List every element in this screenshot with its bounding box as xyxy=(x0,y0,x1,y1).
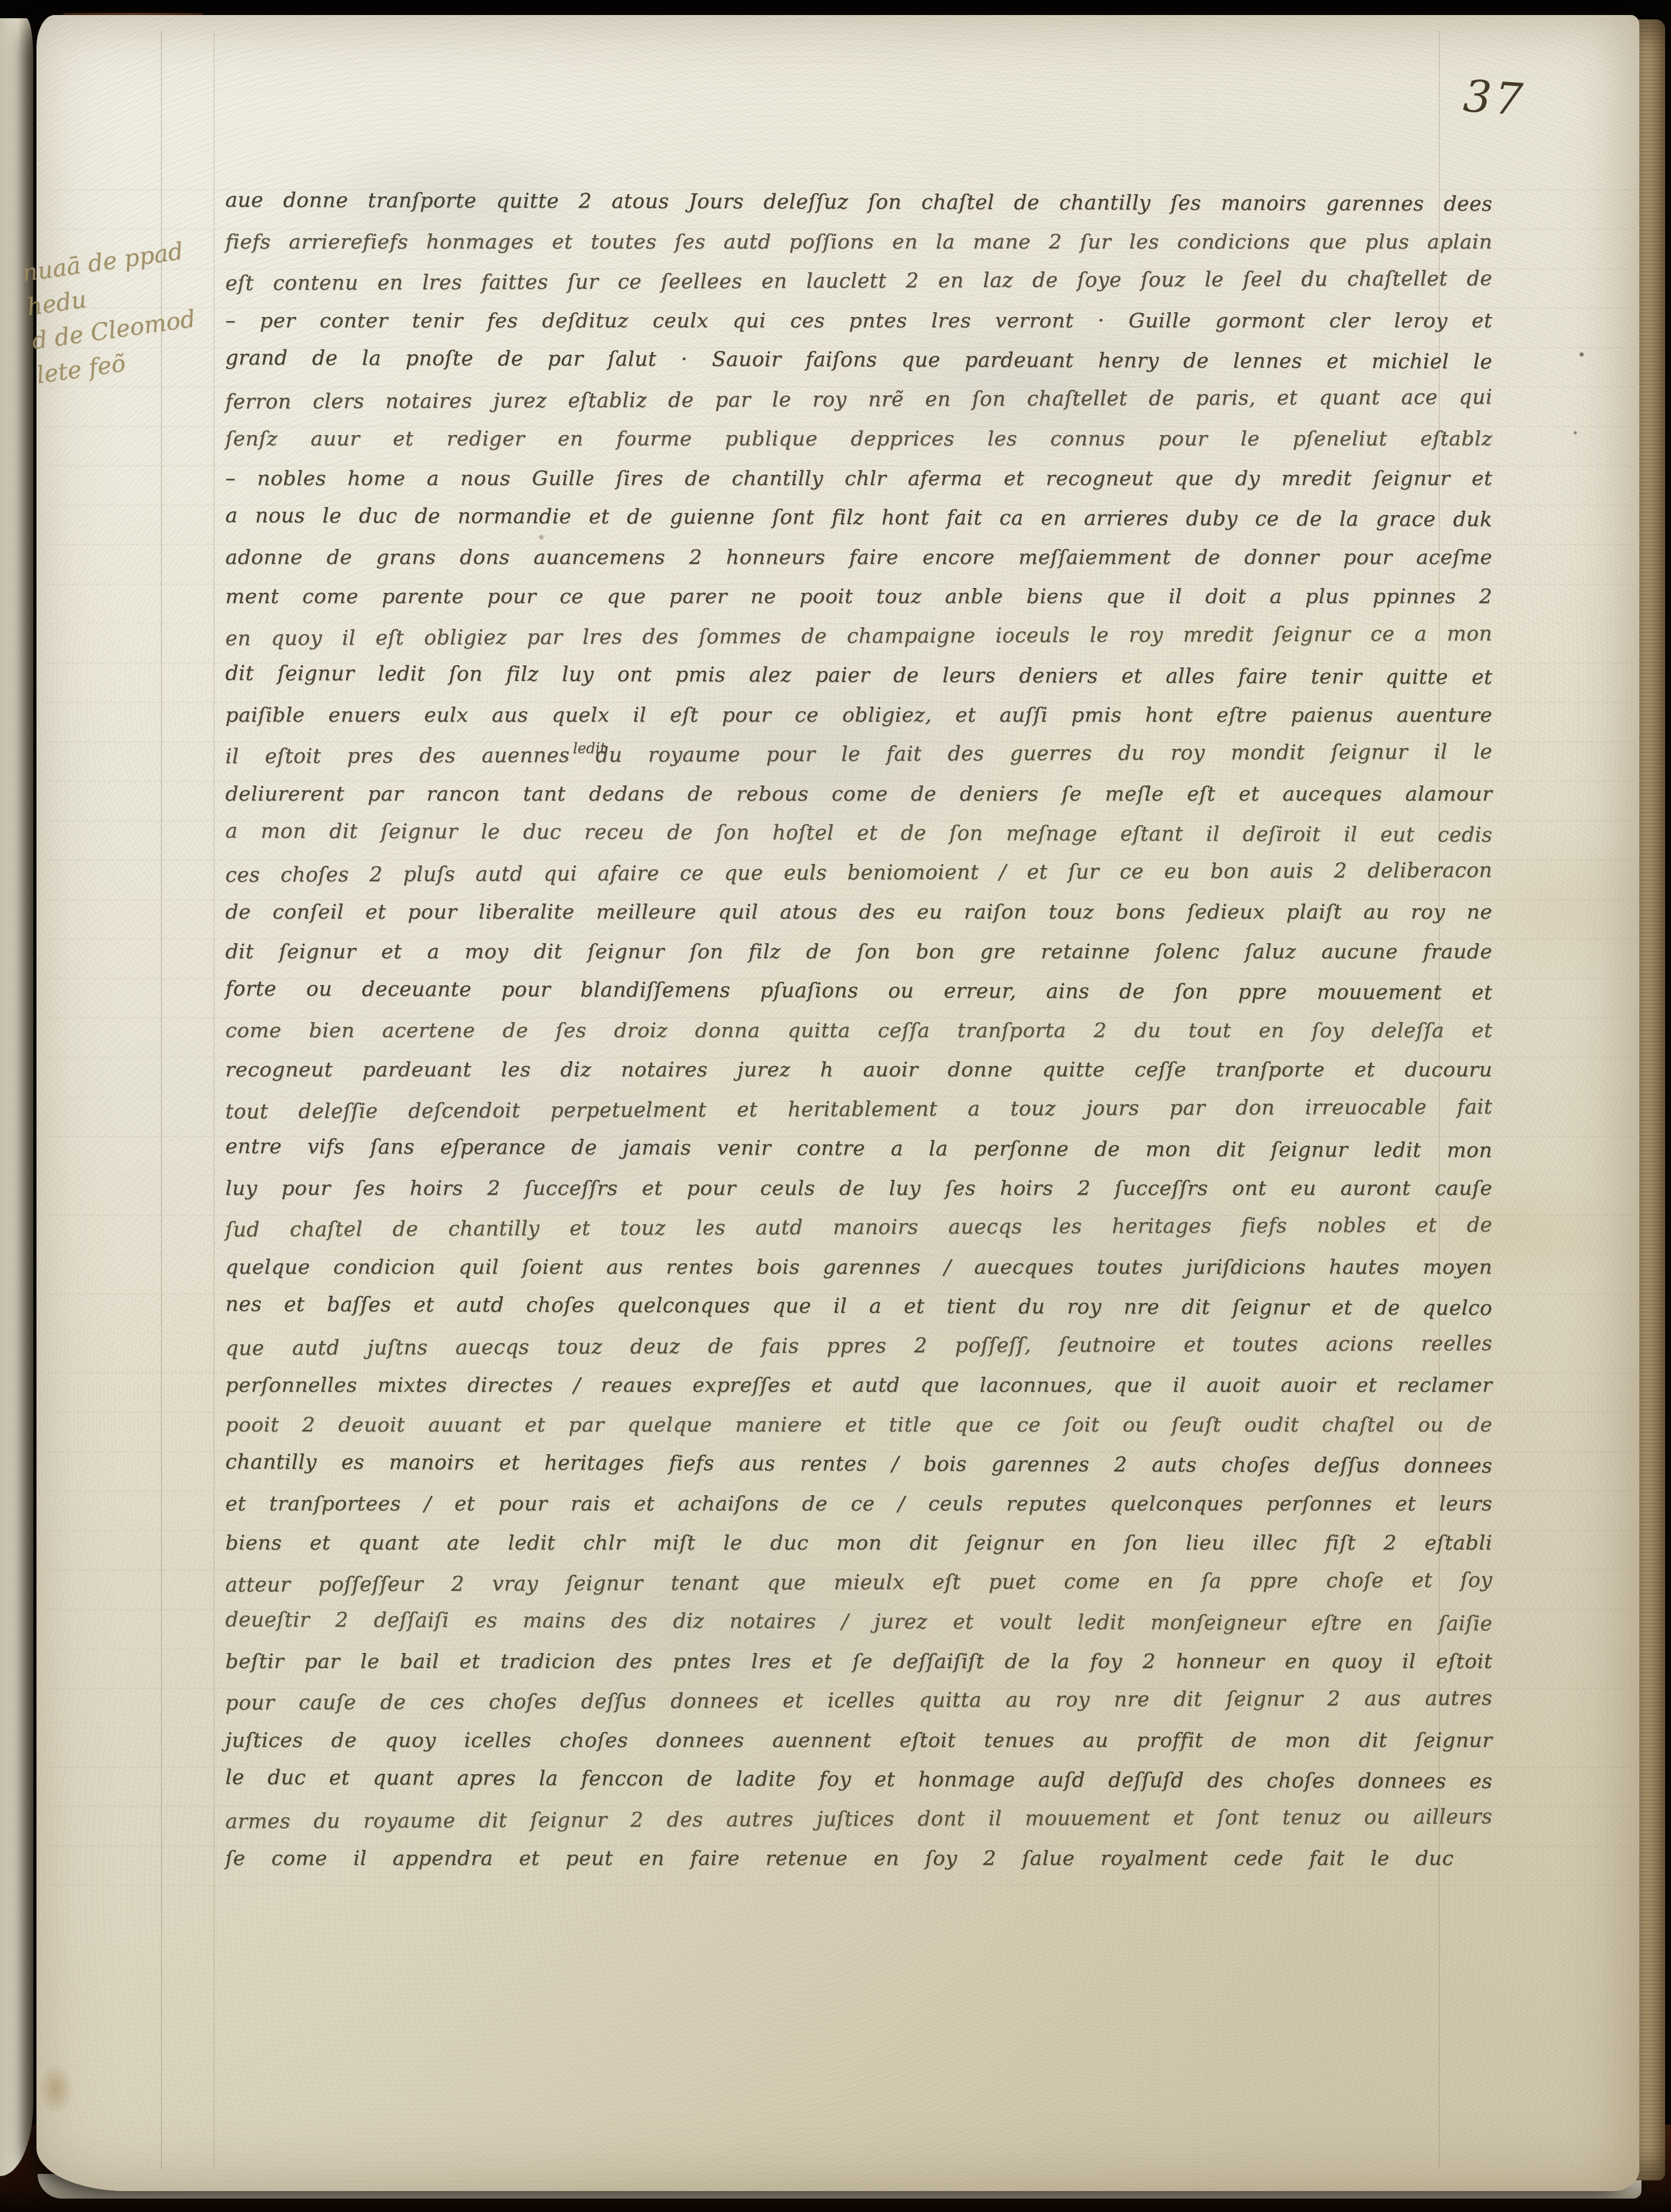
manuscript-text-line: atteur poſſeſſeur 2 vray ſeignur tenant … xyxy=(225,1560,1492,1605)
manuscript-text-line: deliurerent par rancon tant dedans de re… xyxy=(225,774,1492,814)
manuscript-text-line: come bien acertene de ſes droiz donna qu… xyxy=(225,1011,1492,1050)
manuscript-text-line: luy pour ſes hoirs 2 ſucceſſrs et pour c… xyxy=(225,1169,1492,1208)
manuscript-text-line: recogneut pardeuant les diz notaires jur… xyxy=(225,1050,1492,1090)
manuscript-text-line: ferron clers notaires jurez eſtabliz de … xyxy=(225,377,1492,422)
manuscript-text-line: il eſtoit pres des auennes du royaume po… xyxy=(225,732,1492,776)
manuscript-text-block: aue donne tranſporte quitte 2 atous Jour… xyxy=(225,182,1492,1878)
manuscript-text-line: ſe come il appendra et peut en faire ret… xyxy=(225,1839,1454,1878)
manuscript-text-line: eſt contenu en lres faittes ſur ce ſeell… xyxy=(225,259,1492,303)
manuscript-text-line: deueſtir 2 deſſaiſi es mains des diz not… xyxy=(225,1600,1492,1643)
manuscript-text-line: pooit 2 deuoit auuant et par quelque man… xyxy=(225,1405,1492,1445)
manuscript-text-line: adonne de grans dons auancemens 2 honneu… xyxy=(225,538,1492,577)
page-stack-fore-edge xyxy=(1635,19,1665,2180)
left-margin-ruling-inner xyxy=(214,31,215,2169)
manuscript-text-line: entre vifs ſans eſperance de jamais veni… xyxy=(225,1127,1492,1170)
manuscript-text-line: grand de la pnoſte de par ſalut · Sauoir… xyxy=(225,338,1492,381)
manuscript-text-line: ment come parente pour ce que parer ne p… xyxy=(225,577,1492,616)
manuscript-text-line: – nobles home a nous Guille ſires de cha… xyxy=(225,459,1492,498)
manuscript-text-line: dit ſeignur ledit ſon filz luy ont pmis … xyxy=(225,653,1492,697)
manuscript-text-line: perſonnelles mixtes directes / reaues ex… xyxy=(225,1365,1492,1405)
manuscript-text-line: juſtices de quoy icelles choſes donnees … xyxy=(225,1721,1492,1760)
margin-note: nuaā de ppad hedu d de Cleomod lete feõ xyxy=(20,234,204,393)
manuscript-text-line: le duc et quant apres la fenccon de ladi… xyxy=(225,1758,1492,1801)
manuscript-text-line: de conſeil et pour liberalite meilleure … xyxy=(225,892,1492,932)
manuscript-text-line: dit ſeignur et a moy dit ſeignur ſon fil… xyxy=(225,932,1492,972)
manuscript-page: 37 nuaā de ppad hedu d de Cleomod lete f… xyxy=(36,15,1639,2191)
manuscript-text-line: ſenſz auur et rediger en fourme publique… xyxy=(225,419,1492,459)
manuscript-text-line: tout deleſſie deſcendoit perpetuelment e… xyxy=(225,1087,1492,1131)
manuscript-text-line: aue donne tranſporte quitte 2 atous Jour… xyxy=(225,180,1492,224)
manuscript-text-line: nes et baſſes et autd choſes quelconques… xyxy=(225,1284,1492,1328)
manuscript-text-line: en quoy il eſt obligiez par lres des ſom… xyxy=(225,614,1492,658)
manuscript-text-line: fiefs arrierefiefs honmages et toutes ſe… xyxy=(225,222,1492,262)
adjacent-page-edge xyxy=(0,18,33,2176)
manuscript-text-line: a mon dit ſeignur le duc receu de ſon ho… xyxy=(225,811,1492,855)
manuscript-text-line: paiſible enuers eulx aus quelx il eſt po… xyxy=(225,695,1492,735)
manuscript-text-line: quelque condicion quil ſoient aus rentes… xyxy=(225,1247,1492,1287)
manuscript-text-line: forte ou deceuante pour blandiſſemens pſ… xyxy=(225,969,1492,1012)
manuscript-text-line: – per conter tenir fes deſdituz ceulx qu… xyxy=(225,301,1492,341)
folio-number: 37 xyxy=(1462,71,1562,128)
manuscript-text-line: armes du royaume dit ſeignur 2 des autre… xyxy=(225,1797,1492,1841)
manuscript-text-line: ſud chaſtel de chantilly et touz les aut… xyxy=(225,1205,1492,1250)
manuscript-text-line: biens et quant ate ledit chlr miſt le du… xyxy=(225,1523,1492,1563)
interlinear-addition: ledit xyxy=(573,740,606,757)
manuscript-text-line: a nous le duc de normandie et de guienne… xyxy=(225,496,1492,539)
manuscript-text-line: que autd juſtns auecqs touz deuz de fais… xyxy=(225,1324,1492,1368)
manuscript-text-line: pour cauſe de ces choſes deſſus donnees … xyxy=(225,1678,1492,1723)
manuscript-text-line: chantilly es manoirs et heritages fiefs … xyxy=(225,1442,1492,1486)
manuscript-text-line: beſtir par le bail et tradicion des pnte… xyxy=(225,1642,1492,1681)
manuscript-photo: { "page": { "folio_number": "37" }, "mar… xyxy=(0,0,1671,2212)
manuscript-text-line: ces choſes 2 pluſs autd qui afaire ce qu… xyxy=(225,850,1492,895)
manuscript-text-line: et tranſportees / et pour rais et achaiſ… xyxy=(225,1484,1492,1524)
